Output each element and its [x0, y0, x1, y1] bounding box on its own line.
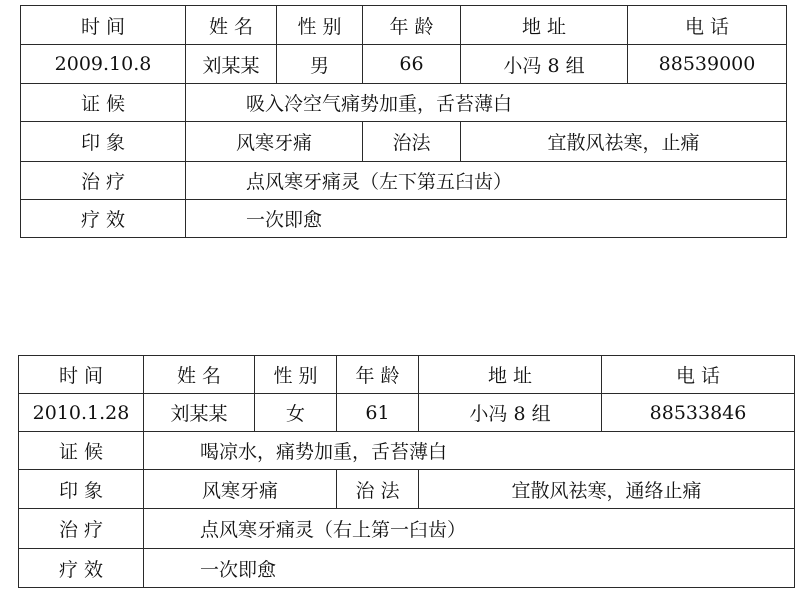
header-gender: 性 别 — [255, 356, 337, 394]
record-outcome: 一次即愈 — [144, 549, 795, 588]
record-address: 小冯 8 组 — [419, 394, 602, 432]
label-outcome: 疗 效 — [21, 200, 186, 238]
record-gender: 男 — [277, 45, 363, 84]
record-age: 66 — [363, 45, 461, 84]
header-time: 时 间 — [21, 6, 186, 45]
header-name: 姓 名 — [186, 6, 277, 45]
record-method: 宜散风祛寒，通络止痛 — [419, 470, 795, 509]
record-gender: 女 — [255, 394, 337, 432]
label-outcome: 疗 效 — [19, 549, 144, 588]
header-gender: 性 别 — [277, 6, 363, 45]
case-record-table-1: 时 间 姓 名 性 别 年 龄 地 址 电 话 2009.10.8 刘某某 男 … — [20, 5, 787, 238]
label-method: 治 法 — [337, 470, 419, 509]
record-time: 2010.1.28 — [19, 394, 144, 432]
record-treatment: 点风寒牙痛灵（左下第五臼齿） — [186, 162, 787, 200]
record-name: 刘某某 — [186, 45, 277, 84]
record-symptoms: 吸入冷空气痛势加重，舌苔薄白 — [186, 84, 787, 122]
label-impression: 印 象 — [21, 122, 186, 162]
header-address: 地 址 — [419, 356, 602, 394]
record-phone: 88539000 — [628, 45, 787, 84]
header-name: 姓 名 — [144, 356, 255, 394]
label-symptoms: 证 候 — [19, 432, 144, 470]
record-time: 2009.10.8 — [21, 45, 186, 84]
record-address: 小冯 8 组 — [461, 45, 628, 84]
record-name: 刘某某 — [144, 394, 255, 432]
label-treatment: 治 疗 — [19, 509, 144, 549]
label-treatment: 治 疗 — [21, 162, 186, 200]
header-age: 年 龄 — [337, 356, 419, 394]
header-address: 地 址 — [461, 6, 628, 45]
header-time: 时 间 — [19, 356, 144, 394]
record-outcome: 一次即愈 — [186, 200, 787, 238]
record-symptoms: 喝凉水，痛势加重，舌苔薄白 — [144, 432, 795, 470]
label-impression: 印 象 — [19, 470, 144, 509]
record-method: 宜散风祛寒，止痛 — [461, 122, 787, 162]
header-phone: 电 话 — [628, 6, 787, 45]
record-impression: 风寒牙痛 — [186, 122, 363, 162]
label-symptoms: 证 候 — [21, 84, 186, 122]
record-phone: 88533846 — [602, 394, 795, 432]
record-impression: 风寒牙痛 — [144, 470, 337, 509]
header-phone: 电 话 — [602, 356, 795, 394]
label-method: 治法 — [363, 122, 461, 162]
header-age: 年 龄 — [363, 6, 461, 45]
record-treatment: 点风寒牙痛灵（右上第一臼齿） — [144, 509, 795, 549]
record-age: 61 — [337, 394, 419, 432]
case-record-table-2: 时 间 姓 名 性 别 年 龄 地 址 电 话 2010.1.28 刘某某 女 … — [18, 355, 795, 588]
